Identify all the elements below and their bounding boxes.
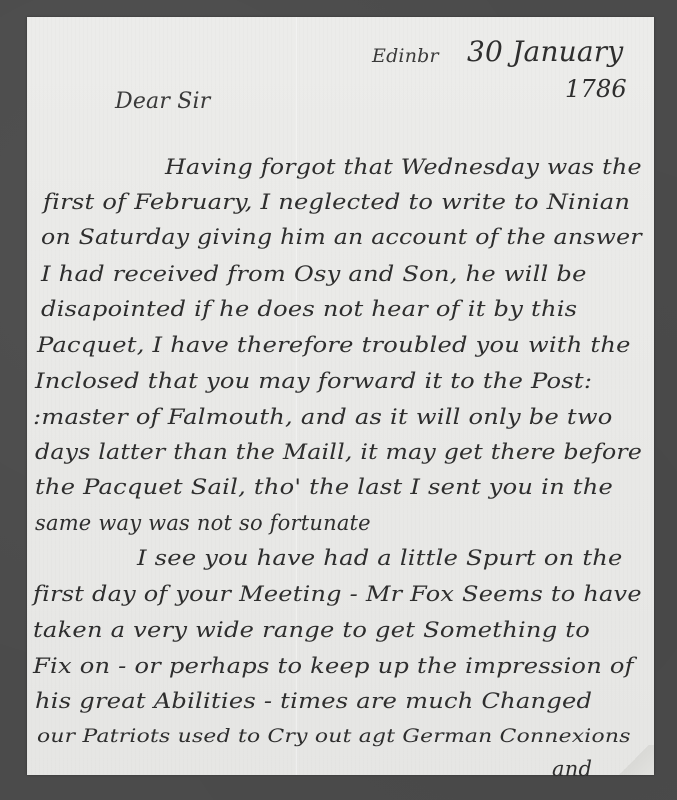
letter-line: :master of Falmouth, and as it will only… xyxy=(33,405,613,429)
letter-place: Edinbr xyxy=(372,45,439,67)
letter-date: 30 January xyxy=(467,35,623,68)
letter-line: same way was not so fortunate xyxy=(35,511,371,535)
letter-catchword: and xyxy=(552,757,592,781)
letter-year: 1786 xyxy=(565,75,627,103)
letter-salutation: Dear Sir xyxy=(115,89,211,114)
letter-line: disapointed if he does not hear of it by… xyxy=(41,297,577,321)
letter-line: our Patriots used to Cry out agt German … xyxy=(37,725,631,747)
letter-line: the Pacquet Sail, tho' the last I sent y… xyxy=(35,475,613,499)
dog-eared-corner xyxy=(614,745,654,775)
letter-line: Having forgot that Wednesday was the xyxy=(165,155,642,179)
letter-line: Inclosed that you may forward it to the … xyxy=(35,369,592,393)
letter-line: on Saturday giving him an account of the… xyxy=(41,225,642,249)
letter-line: Pacquet, I have therefore troubled you w… xyxy=(37,333,631,357)
letter-line: first of February, I neglected to write … xyxy=(43,190,630,214)
letter-line: first day of your Meeting - Mr Fox Seems… xyxy=(33,582,642,606)
letter-line: Fix on - or perhaps to keep up the impre… xyxy=(33,654,634,678)
bleed-through-mark xyxy=(117,23,477,39)
letter-line: taken a very wide range to get Something… xyxy=(33,618,590,642)
letter-page: Edinbr 30 January 1786 Dear Sir Having f… xyxy=(27,17,654,775)
letter-line: I see you have had a little Spurt on the xyxy=(137,546,623,570)
letter-line: his great Abilities - times are much Cha… xyxy=(35,689,592,713)
letter-line: I had received from Osy and Son, he will… xyxy=(41,262,587,286)
letter-line: days latter than the Maill, it may get t… xyxy=(35,440,642,464)
